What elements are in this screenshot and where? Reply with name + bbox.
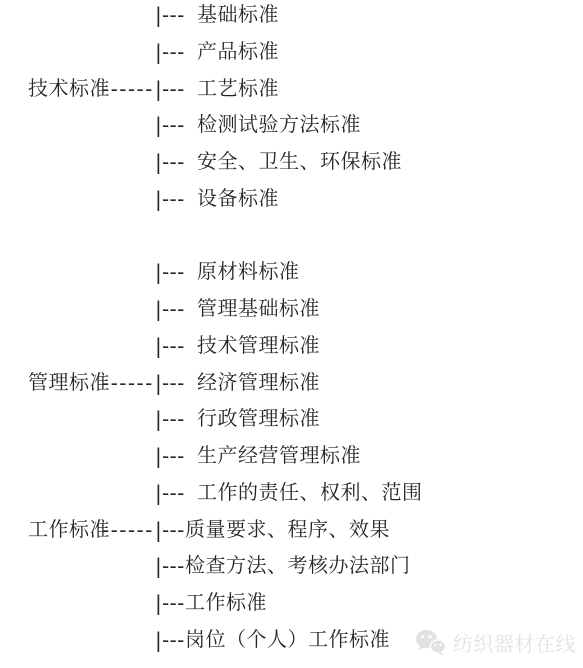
tree-row: |--- 基础标准 [0, 0, 583, 34]
standards-tree: |--- 基础标准 |--- 产品标准 技术标准 ------ |--- 工艺标… [0, 0, 583, 668]
tree-row: |--- 行政管理标准 [0, 401, 583, 438]
node-label: 工艺标准 [197, 71, 279, 108]
tree-row: |--- 生产经营管理标准 [0, 438, 583, 475]
node-label: 质量要求、程序、效果 [185, 512, 390, 549]
node-label: 行政管理标准 [197, 401, 320, 438]
watermark: 纺织器材在线 [415, 627, 576, 657]
branch-connector: |--- [155, 622, 185, 659]
tree-row: |--- 工作的责任、权利、范围 [0, 475, 583, 512]
branch-connector: |--- [155, 438, 185, 475]
branch-connector: |--- [155, 0, 185, 34]
branch-connector: |--- [155, 71, 185, 108]
wechat-icon [415, 629, 446, 656]
branch-connector: |--- [155, 254, 185, 291]
branch-connector: |--- [155, 107, 185, 144]
node-label: 工作的责任、权利、范围 [197, 475, 423, 512]
branch-connector: |--- [155, 585, 185, 622]
branch-connector: |--- [155, 181, 185, 218]
branch-connector: |--- [155, 328, 185, 365]
node-label: 检查方法、考核办法部门 [185, 548, 411, 585]
parent-label: 工作标准 [28, 512, 110, 549]
tree-row: 技术标准 ------ |--- 工艺标准 [0, 71, 583, 108]
tree-row: |--- 设备标准 [0, 181, 583, 218]
branch-connector: |--- [155, 401, 185, 438]
watermark-text: 纺织器材在线 [453, 628, 576, 657]
tree-row: |--- 工作标准 [0, 585, 583, 622]
tree-row: |--- 检测试验方法标准 [0, 107, 583, 144]
branch-connector: |--- [155, 475, 185, 512]
tree-row: |--- 产品标准 [0, 34, 583, 71]
node-label: 设备标准 [197, 181, 279, 218]
connector-dashes: ------ [102, 512, 154, 549]
connector-dashes: ------ [102, 71, 154, 108]
node-label: 基础标准 [197, 0, 279, 34]
document-page: |--- 基础标准 |--- 产品标准 技术标准 ------ |--- 工艺标… [0, 0, 583, 668]
node-label: 技术管理标准 [197, 328, 320, 365]
branch-connector: |--- [155, 144, 185, 181]
node-label: 生产经营管理标准 [197, 438, 361, 475]
node-label: 安全、卫生、环保标准 [197, 144, 402, 181]
branch-connector: |--- [155, 34, 185, 71]
tree-row: |--- 原材料标准 [0, 254, 583, 291]
branch-connector: |--- [155, 291, 185, 328]
tree-row: |--- 技术管理标准 [0, 328, 583, 365]
parent-label: 管理标准 [28, 365, 110, 402]
parent-label: 技术标准 [28, 71, 110, 108]
connector-dashes: ------ [102, 365, 154, 402]
tree-row: 管理标准 ------ |--- 经济管理标准 [0, 365, 583, 402]
node-label: 岗位（个人）工作标准 [185, 622, 390, 659]
tree-row: 工作标准 ------ |--- 质量要求、程序、效果 [0, 512, 583, 549]
branch-connector: |--- [155, 365, 185, 402]
node-label: 管理基础标准 [197, 291, 320, 328]
tree-row: |--- 管理基础标准 [0, 291, 583, 328]
tree-row: |--- 检查方法、考核办法部门 [0, 548, 583, 585]
branch-connector: |--- [155, 548, 185, 585]
node-label: 产品标准 [197, 34, 279, 71]
branch-connector: |--- [155, 512, 185, 549]
node-label: 原材料标准 [197, 254, 300, 291]
tree-row: |--- 安全、卫生、环保标准 [0, 144, 583, 181]
node-label: 工作标准 [185, 585, 267, 622]
node-label: 经济管理标准 [197, 365, 320, 402]
node-label: 检测试验方法标准 [197, 107, 361, 144]
